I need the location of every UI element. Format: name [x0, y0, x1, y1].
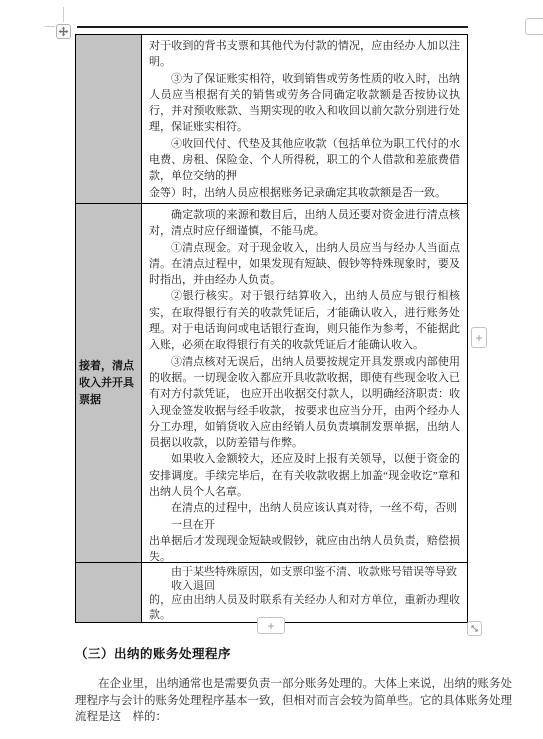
- move-icon: [58, 26, 69, 37]
- add-column-button[interactable]: +: [471, 327, 487, 348]
- margin-guide-vertical: [63, 7, 64, 22]
- section-heading: （三）出纳的账务处理程序: [75, 644, 231, 662]
- table-text-cell: 确定款项的来源和数目后，出纳人员还要对资金进行清点核对，清点时应仔细谨慎，不能马…: [142, 204, 467, 563]
- table-label: 接着，清点收入并开具票据: [79, 358, 138, 409]
- floating-button-partial[interactable]: [525, 18, 543, 35]
- section-paragraph: 在企业里，出纳通常也是需要负责一部分账务处理的。大体上来说，出纳的账务处理程序与…: [75, 676, 512, 726]
- table-top-rule: [77, 26, 468, 28]
- table-paragraph: ②银行核实。对于银行结算收入，出纳人员应与银行相核实，在取得银行有关的收款凭证后…: [149, 288, 460, 353]
- table-paragraph: 金等）时，出纳人员应根据账务记录确定其收款额是否一致。: [149, 185, 460, 201]
- table-paragraph: 收入退回: [149, 579, 460, 593]
- table-paragraph: 如果收入金额较大，还应及时上报有关领导，以便于资金的安排调度。手续完毕后，在有关…: [149, 451, 460, 500]
- table-paragraph: 的，应由出纳人员及时联系有关经办人和对方单位，重新办理收款。: [149, 593, 460, 621]
- table-resize-handle[interactable]: [467, 621, 482, 636]
- plus-icon: +: [267, 620, 274, 632]
- table-label-cell: 接着，清点收入并开具票据: [76, 204, 142, 563]
- table-paragraph: 在清点的过程中，出纳人员应该认真对待，一丝不苟，否则: [149, 500, 460, 516]
- table-paragraph: 出单据后才发现现金短缺或假钞，就应由出纳人员负责，赔偿损失。: [149, 533, 460, 563]
- table-paragraph: ③为了保证账实相符，收到销售或劳务性质的收入时，出纳人员应当根据有关的销售或劳务…: [149, 71, 460, 136]
- table-text-cell: 由于某些特殊原因，如支票印鉴不清、收款账号错误等导致收入退回的，应由出纳人员及时…: [142, 563, 467, 622]
- doc-table: 对于收到的背书支票和其他代为付款的情况，应由经办人加以注明。③为了保证账实相符，…: [75, 34, 468, 623]
- table-label-cell: [76, 563, 142, 622]
- add-row-button[interactable]: +: [257, 617, 285, 634]
- table-paragraph: 对于收到的背书支票和其他代为付款的情况，应由经办人加以注明。: [149, 38, 460, 71]
- table-paragraph: ④收回代付、代垫及其他应收款（包括单位为职工代付的水电费、房租、保险金、个人所得…: [149, 136, 460, 185]
- table-text-cell: 对于收到的背书支票和其他代为付款的情况，应由经办人加以注明。③为了保证账实相符，…: [142, 35, 467, 204]
- plus-icon: +: [475, 332, 482, 344]
- table-paragraph: 确定款项的来源和数目后，出纳人员还要对资金进行清点核对，清点时应仔细谨慎，不能马…: [149, 207, 460, 240]
- table-paragraph: ①清点现金。对于现金收入，出纳人员应当与经办人当面点清。在清点过程中，如果发现有…: [149, 240, 460, 289]
- table-move-handle[interactable]: [56, 24, 71, 39]
- table-paragraph: 一旦在开: [149, 517, 460, 533]
- table-label-cell: [76, 35, 142, 204]
- margin-guide-horizontal: [45, 26, 55, 27]
- table-paragraph: 由于某些特殊原因，如支票印鉴不清、收款账号错误等导致: [149, 565, 460, 579]
- resize-icon: [469, 623, 480, 634]
- table-paragraph: ③清点核对无误后，出纳人员要按规定开具发票或内部使用的收据。一切现金收入都应开具…: [149, 354, 460, 452]
